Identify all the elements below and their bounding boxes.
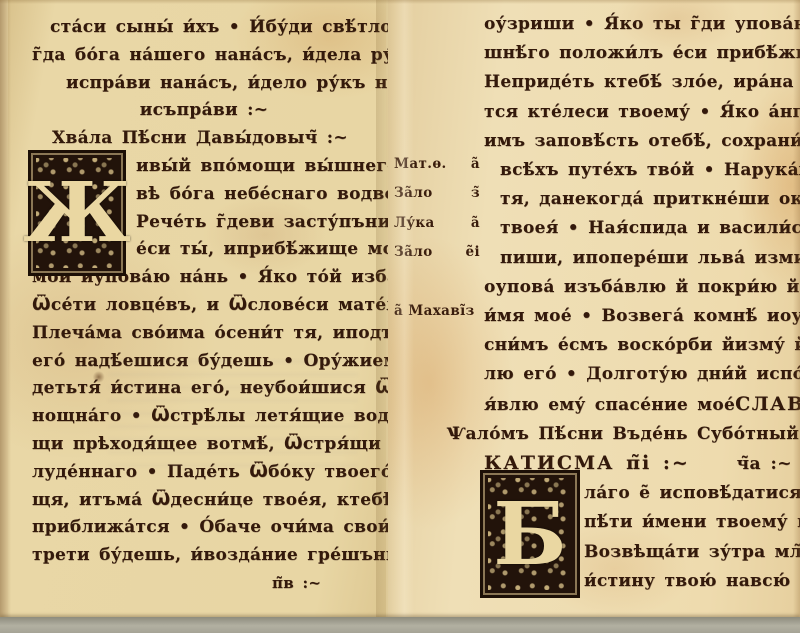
text-line-right: ч̃а :~: [737, 450, 792, 479]
text-line-content: Хва́ла Пѣ́сни Давы́довы: [52, 125, 305, 153]
text-line: оупова́ изъба́влю й покри́ю й, я́ко позн…: [484, 273, 792, 302]
text-line-content: ста́си сыны́ и́хъ • И́бу́ди свѣ́тлость: [50, 14, 425, 42]
text-line: детьтя́ и́стина его́, неубои́шися Ѿстра́…: [32, 375, 376, 403]
text-line: испра́ви нана́съ, и́дело ру́къ на́шихъ: [32, 70, 376, 98]
text-line-content: лю его́ • Долготу́ю дни́й испо́лню ег̃о,…: [484, 360, 800, 389]
margin-note-number: з̃: [471, 185, 480, 201]
margin-note-label: За̃ло: [394, 244, 433, 260]
text-line: всѣ́хъ путе́хъ тво́й • Нарука́хъ возму́т…: [500, 156, 792, 185]
scan-edge-top: [0, 0, 800, 4]
text-line-content: я́влю ему́ спасе́ние мое́: [484, 391, 735, 420]
margin-note-number: а̃: [471, 156, 480, 172]
text-line: нощна́го • Ѿстрѣ́лы летя́щие водни́, Ѿве…: [32, 403, 376, 431]
text-line: вѣ бо́га небе́снаго водвори́тся •: [136, 181, 376, 209]
margin-note-number: е̃і: [465, 244, 480, 260]
text-line-content: оупова́ изъба́влю й покри́ю й, я́ко позн…: [484, 273, 800, 302]
margin-note: Мат.ѳ.а̃: [394, 156, 480, 172]
margin-note: а̃ Махаві̃з: [394, 303, 480, 319]
text-line: и́мя мое́ • Возвега́ комнѣ́ иоуслы́шу й,: [484, 302, 792, 331]
ornate-initial-zh: Ж: [28, 150, 126, 276]
margin-note-number: а̃: [471, 215, 480, 231]
text-line: Рече́ть г̃деви засту́пъникъ мо́й: [136, 209, 376, 237]
text-line: пиши, ипопере́ши льва́ измия́ • Я́ко нан…: [500, 244, 792, 273]
ornate-initial-b: Б: [480, 470, 580, 598]
text-line: исъпра́ви :~: [32, 97, 376, 125]
scan-edge-bottom: [0, 617, 800, 633]
text-line: Ѱало́мъ Пѣ́сни Въде́нь Субо́тный :~: [484, 420, 792, 449]
text-line: имъ заповѣ́сть отебѣ́, сохрани́титя во: [484, 127, 792, 156]
text-line-content: исъпра́ви :~: [140, 97, 269, 125]
text-line: ивы́й впо́мощи вы́шнего, во́кро: [136, 153, 376, 181]
margin-note: За̃лое̃і: [394, 244, 480, 260]
scan-edge-right: [793, 0, 800, 618]
scan-edge-left: [0, 0, 11, 618]
text-line-content: оу́зриши • Я́ко ты г̃ди упова́ние мое́, …: [484, 10, 800, 39]
text-line-right: СЛАВА:~: [735, 390, 800, 419]
margin-note-label: Лу́ка: [394, 215, 435, 231]
text-line: сни́мъ е́смъ воско́рби йизму́ й ипросла́…: [484, 331, 792, 360]
text-line: оу́зриши • Я́ко ты г̃ди упова́ние мое́, …: [484, 10, 792, 39]
left-page: ста́си сыны́ и́хъ • И́бу́ди свѣ́тлостьг̃…: [8, 0, 386, 618]
right-page: оу́зриши • Я́ко ты г̃ди упова́ние мое́, …: [388, 0, 800, 618]
text-line-content: п̃в :~: [272, 570, 321, 598]
margin-note-label: Мат.ѳ.: [394, 156, 447, 172]
text-line: его́ надѣ́ешися бу́дешь • Ору́жиемъ о́бы: [32, 348, 376, 376]
text-line-right: ч̃ :~: [305, 125, 348, 153]
text-line: трети бу́дешь, и́возда́ние гре́шъникомъ: [32, 542, 376, 570]
text-line: п̃в :~: [32, 570, 376, 598]
text-line: Неприде́ть ктебѣ́ зло́е, ира́на неприбли…: [484, 68, 792, 97]
margin-note: Лу́каа̃: [394, 215, 480, 231]
text-line: тся кте́леси твоему́ • Я́ко а́нгеломъ св…: [484, 98, 792, 127]
text-line-content: сни́мъ е́смъ воско́рби йизму́ й ипросла́…: [484, 331, 800, 360]
text-line: Хва́ла Пѣ́сни Давы́довыч̃ :~: [32, 125, 376, 153]
text-line-content: пиши, ипопере́ши льва́ измия́ • Я́ко нан…: [500, 244, 800, 273]
text-line: Ѿсе́ти ловце́въ, и Ѿслове́си мате́жна •: [32, 292, 376, 320]
text-line-content: имъ заповѣ́сть отебѣ́, сохрани́титя во: [484, 127, 800, 156]
text-line: Возвѣща́ти зу́тра мл̃ть твою́, и́: [584, 538, 792, 567]
text-line: твоея́ • Ная́спида и васили́ска насту́: [500, 214, 792, 243]
text-line: е́си ты́, иприбѣ́жище мое̃ бо́гъ: [136, 236, 376, 264]
left-page-lines: ста́си сыны́ и́хъ • И́бу́ди свѣ́тлостьг̃…: [32, 14, 376, 598]
text-line-content: Ѿсе́ти ловце́въ, и Ѿслове́си мате́жна •: [32, 292, 448, 320]
text-line-content: Неприде́ть ктебѣ́ зло́е, ира́на неприбли…: [484, 68, 800, 97]
book-scan: ста́си сыны́ и́хъ • И́бу́ди свѣ́тлостьг̃…: [0, 0, 800, 633]
text-line: я́влю ему́ спасе́ние мое́СЛАВА:~: [484, 390, 792, 420]
text-line: приближа́тся • О́баче очи́ма свои́ма смо: [32, 514, 376, 542]
text-line: шнѣ́го положи́лъ е́си прибѣ́жище твое́ •: [484, 39, 792, 68]
margin-note-label: За̃ло: [394, 185, 433, 201]
text-line-content: ла́го е̃ исповѣ́датися г̃деви, и́: [584, 479, 800, 508]
text-line-content: всѣ́хъ путе́хъ тво́й • Нарука́хъ возму́т…: [500, 156, 800, 185]
text-line-content: твоея́ • Ная́спида и васили́ска насту́: [500, 214, 800, 243]
text-line: лю его́ • Долготу́ю дни́й испо́лню ег̃о,…: [484, 360, 792, 389]
margin-note: За̃лоз̃: [394, 185, 480, 201]
text-line: тя, данекогда́ приткне́ши ока́мень ногы́: [500, 185, 792, 214]
text-line-content: Возвѣща́ти зу́тра мл̃ть твою́, и́: [584, 538, 800, 567]
text-line-content: Ѱало́мъ Пѣ́сни Въде́нь Субо́тный :~: [447, 420, 800, 449]
text-line: г̃да бо́га на́шего нана́съ, и́дела ру́къ…: [32, 42, 376, 70]
text-line: луде́ннаго • Паде́ть Ѿбо́ку твоего́ ты́с…: [32, 459, 376, 487]
margin-notes-column: Мат.ѳ.а̃За̃лоз̃Лу́каа̃За̃лое̃іа̃ Махаві̃…: [394, 0, 480, 618]
text-line-content: шнѣ́го положи́лъ е́си прибѣ́жище твое́ •: [484, 39, 800, 68]
text-line-content: и́мя мое́ • Возвега́ комнѣ́ иоуслы́шу й,: [484, 302, 800, 331]
text-line: ла́го е̃ исповѣ́датися г̃деви, и́: [584, 479, 792, 508]
margin-note-label: а̃ Махаві̃з: [394, 303, 475, 319]
text-line: щи прѣходя́щее вотмѣ́, Ѿстря́щи беса́ по: [32, 431, 376, 459]
text-line: и́стину твою́ навсю́ но́щь • Во: [584, 567, 792, 596]
text-line-content: тя, данекогда́ приткне́ши ока́мень ногы́: [500, 185, 800, 214]
text-line: пѣ́ти и́мени твоему́ вы́шний •: [584, 508, 792, 537]
text-line-content: тся кте́леси твоему́ • Я́ко а́нгеломъ св…: [484, 98, 800, 127]
text-line: ста́си сыны́ и́хъ • И́бу́ди свѣ́тлость: [32, 14, 376, 42]
text-line: Плеча́ма сво́има о́сени́т тя, иподъкры́л…: [32, 320, 376, 348]
text-line-content: пѣ́ти и́мени твоему́ вы́шний •: [584, 508, 800, 537]
text-line: щя, итъма́ Ѿдесни́це твое́я, ктебѣ́же не: [32, 487, 376, 515]
text-line-content: и́стину твою́ навсю́ но́щь • Во: [584, 567, 800, 596]
